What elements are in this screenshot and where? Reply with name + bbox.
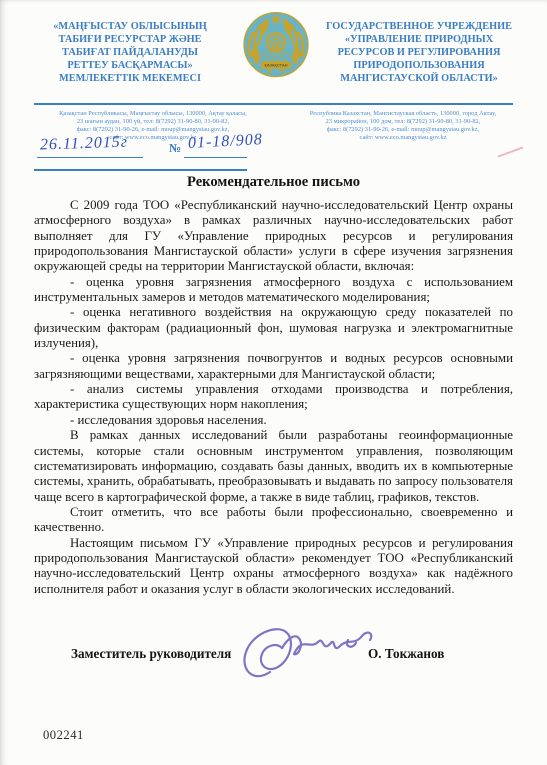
- address-line: Қазақстан Республикасы, Маңғыстау облысы…: [22, 110, 284, 118]
- letter-paragraph: - исследования здоровья населения.: [34, 413, 513, 428]
- letter-paragraph: - оценка уровня загрязнения атмосферного…: [34, 275, 513, 306]
- number-sign: №: [169, 141, 181, 156]
- org-name-line: ПРИРОДОПОЛЬЗОВАНИЯ: [312, 60, 526, 73]
- org-name-russian: ГОСУДАРСТВЕННОЕ УЧРЕЖДЕНИЕ«УПРАВЛЕНИЕ ПР…: [312, 21, 526, 86]
- letter-title: Рекомендательное письмо: [0, 174, 547, 191]
- address-line: 23 шағын аудан, 100 үй, тел: 8(7292) 31-…: [22, 118, 284, 126]
- number-underline: [184, 157, 247, 158]
- org-name-line: МАНГИСТАУСКОЙ ОБЛАСТИ»: [312, 73, 526, 86]
- org-name-line: ГОСУДАРСТВЕННОЕ УЧРЕЖДЕНИЕ: [312, 21, 526, 34]
- org-name-line: «МАҢҒЫСТАУ ОБЛЫСЫНЫҢ: [24, 21, 236, 34]
- org-name-kazakh: «МАҢҒЫСТАУ ОБЛЫСЫНЫҢТАБИҒИ РЕСУРСТАР ЖӘН…: [24, 21, 236, 86]
- handwritten-date: 26.11.2015г: [40, 133, 129, 154]
- signer-name: О. Токжанов: [368, 646, 444, 662]
- pen-stray-mark: [497, 146, 523, 157]
- letter-paragraph: Стоит отметить, что все работы были проф…: [34, 505, 513, 536]
- org-name-line: РЕТТЕУ БАСҚАРМАСЫ»: [24, 60, 236, 73]
- org-name-line: «УПРАВЛЕНИЕ ПРИРОДНЫХ: [312, 34, 526, 47]
- signature-autograph-icon: [236, 610, 378, 698]
- letter-body: С 2009 года ТОО «Республиканский научно-…: [34, 198, 513, 597]
- date-underline: [37, 157, 143, 158]
- org-name-line: РЕСУРСОВ И РЕГУЛИРОВАНИЯ: [312, 47, 526, 60]
- org-name-line: ТАБИҒАТ ПАЙДАЛАНУДЫ: [24, 47, 236, 60]
- header-divider-rule: [34, 103, 513, 105]
- emblem-banner-text: ҚАЗАҚСТАН: [265, 63, 288, 68]
- letter-paragraph: Настоящим письмом ГУ «Управление природн…: [34, 536, 513, 597]
- org-name-line: МЕМЛЕКЕТТІК МЕКЕМЕСІ: [24, 73, 236, 86]
- letter-paragraph: С 2009 года ТОО «Республиканский научно-…: [34, 198, 513, 275]
- scanned-letter-page: «МАҢҒЫСТАУ ОБЛЫСЫНЫҢТАБИҒИ РЕСУРСТАР ЖӘН…: [0, 0, 547, 765]
- letter-paragraph: - оценка уровня загрязнения почвогрунтов…: [34, 351, 513, 382]
- org-name-line: ТАБИҒИ РЕСУРСТАР ЖӘНЕ: [24, 34, 236, 47]
- letter-paragraph: - анализ системы управления отходами про…: [34, 382, 513, 413]
- kazakhstan-emblem-icon: ҚАЗАҚСТАН: [236, 5, 316, 89]
- address-line: сайт: www.eco.mangystau.gov.kz: [270, 134, 536, 142]
- address-line: 23 микрорайон, 100 дом, тел: 8(7292) 31-…: [270, 118, 536, 126]
- signer-position: Заместитель руководителя: [71, 646, 231, 662]
- letter-paragraph: В рамках данных исследований были разраб…: [34, 428, 513, 505]
- address-line: Республика Казахстан, Мангистауская обла…: [270, 110, 536, 118]
- address-russian: Республика Казахстан, Мангистауская обла…: [270, 110, 536, 142]
- form-serial-number: 002241: [43, 728, 84, 743]
- handwritten-number: 01-18/908: [188, 131, 264, 153]
- letter-paragraph: - оценка негативного воздействия на окру…: [34, 305, 513, 351]
- address-line: факс: 8(7292) 31-90-26, e-mail: moup@man…: [270, 126, 536, 134]
- reference-rule: [34, 169, 247, 171]
